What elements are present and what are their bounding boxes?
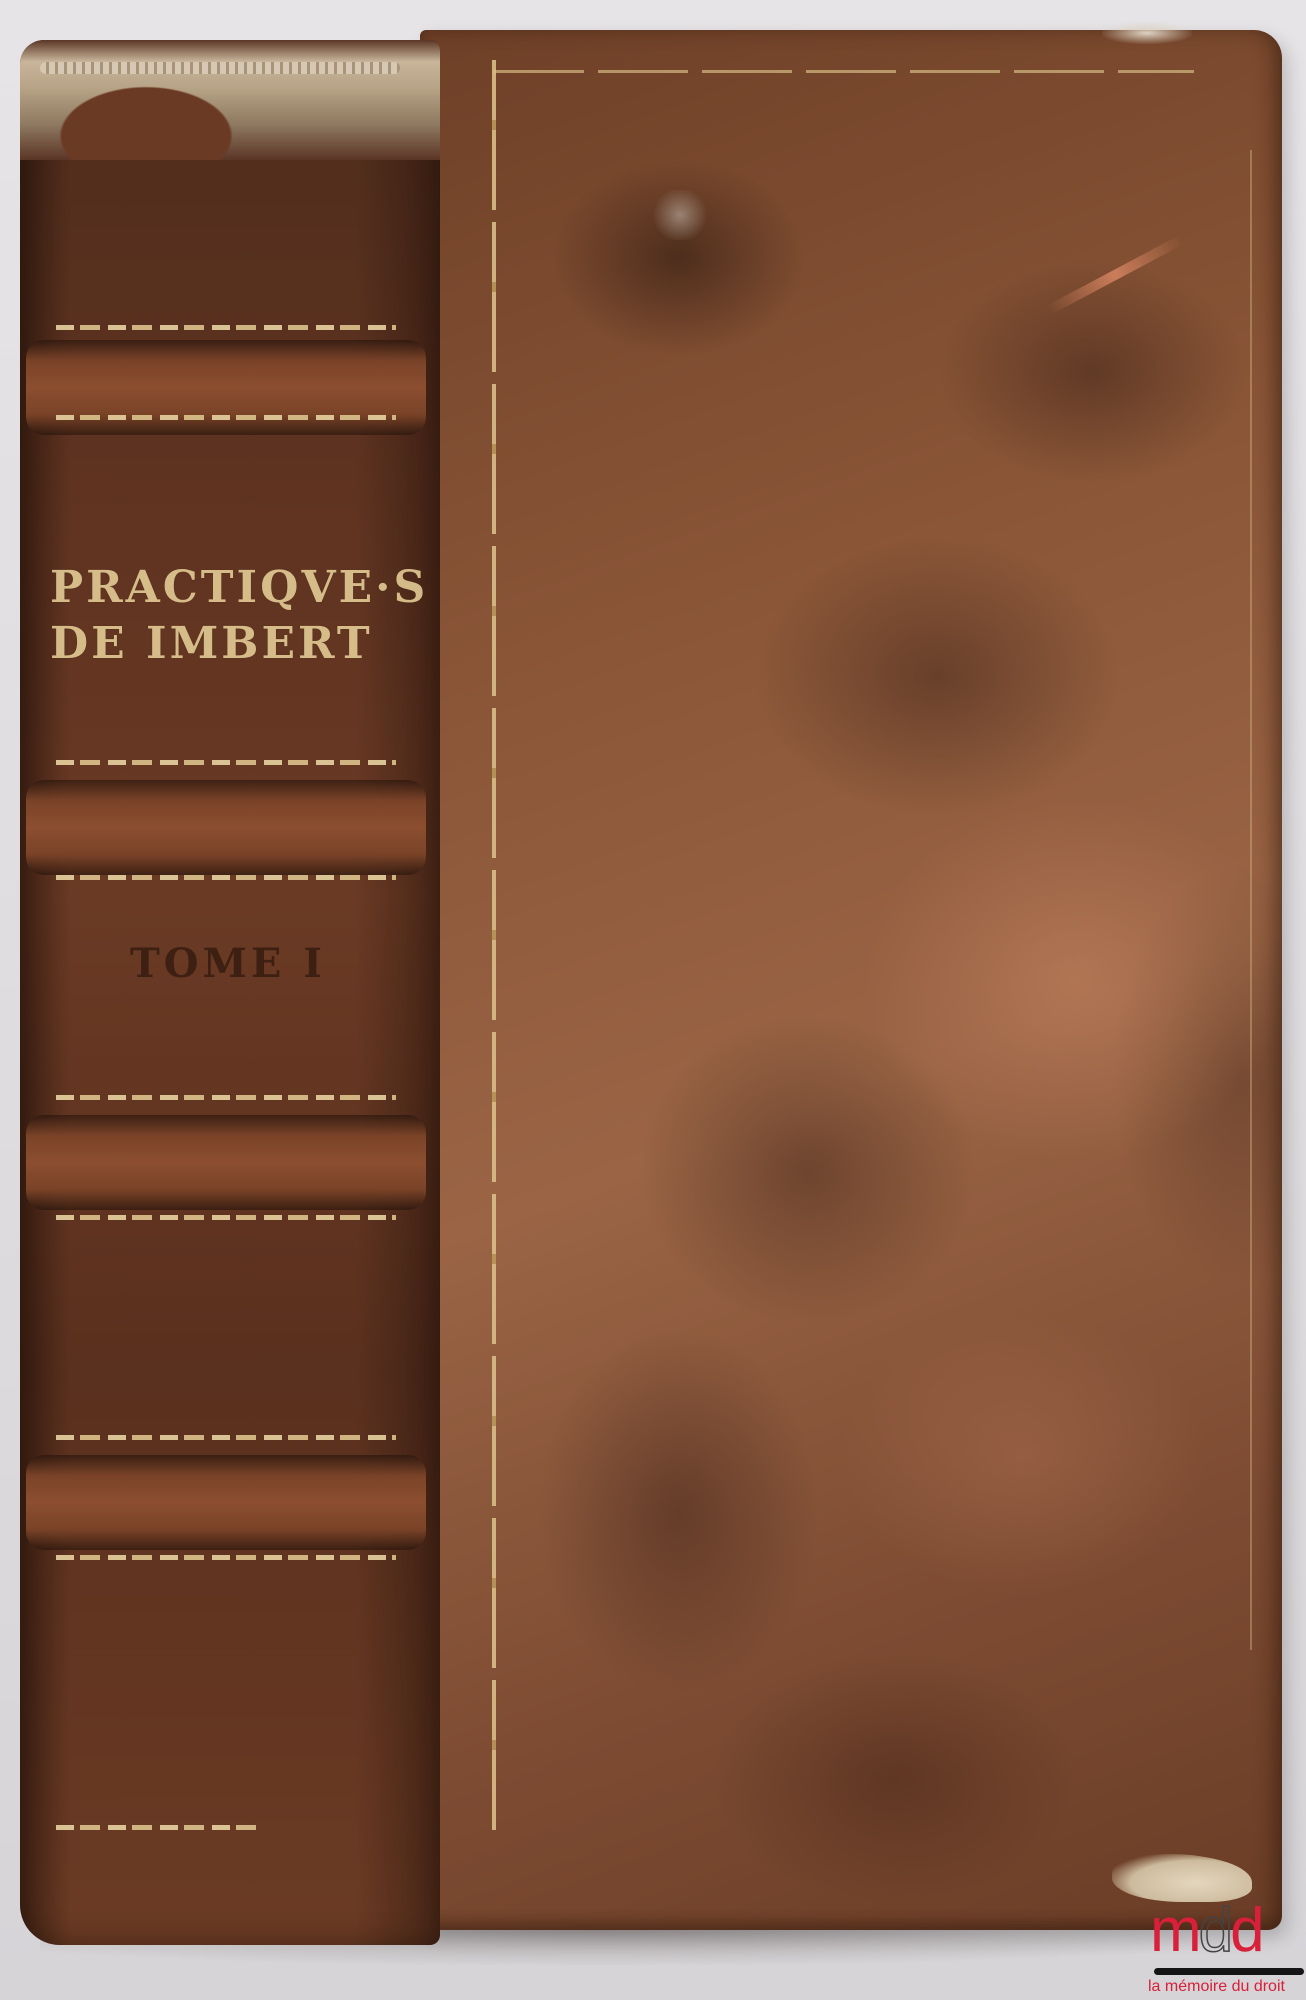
spine-title-line-1: PRACTIQVE·S [50, 560, 410, 616]
spine-title: PRACTIQVE·S DE IMBERT [50, 560, 410, 730]
logo-letter-d: d [1230, 1896, 1261, 1965]
spine-gilt-fillet [56, 760, 396, 765]
spine-gilt-fillet [56, 415, 396, 420]
spine-gilt-fillet [56, 1215, 396, 1220]
book-front-cover [420, 30, 1282, 1930]
logo-underline-bar [1154, 1968, 1304, 1975]
logo-tagline: la mémoire du droit [1148, 1978, 1285, 1996]
headband-thread [40, 62, 400, 74]
spine-gilt-fillet [56, 1825, 256, 1830]
spine-raised-band [26, 1115, 426, 1210]
mdd-logo: mdd la mémoire du droit [1140, 1900, 1306, 2000]
photo-scene: PRACTIQVE·S DE IMBERT TOME I mdd la mémo… [0, 0, 1306, 2000]
spine-volume-mark: TOME I [130, 940, 326, 987]
cover-edge-rule [1250, 150, 1252, 1650]
spine-gilt-fillet [56, 1095, 396, 1100]
spine-gilt-fillet [56, 1435, 396, 1440]
logo-letter-m: m [1150, 1896, 1199, 1965]
cover-scuff [650, 190, 710, 240]
spine-title-line-2: DE IMBERT [50, 616, 410, 672]
cover-scratch [1046, 235, 1183, 314]
spine-raised-band [26, 1455, 426, 1550]
logo-letter-d-outline: d [1199, 1896, 1230, 1965]
spine-raised-band [26, 340, 426, 435]
spine-raised-band [26, 780, 426, 875]
cover-gilt-rule-left [492, 60, 496, 1840]
cover-corner-wear-top [1102, 22, 1192, 44]
spine-headcap [20, 40, 440, 160]
logo-wordmark: mdd [1150, 1900, 1262, 1962]
spine-gilt-fillet [56, 875, 396, 880]
cover-corner-wear-bottom [1112, 1854, 1252, 1902]
spine-gilt-fillet [56, 325, 396, 330]
book-spine: PRACTIQVE·S DE IMBERT TOME I [20, 40, 440, 1945]
spine-gilt-fillet [56, 1555, 396, 1560]
cover-gilt-rule-top [494, 70, 1194, 73]
